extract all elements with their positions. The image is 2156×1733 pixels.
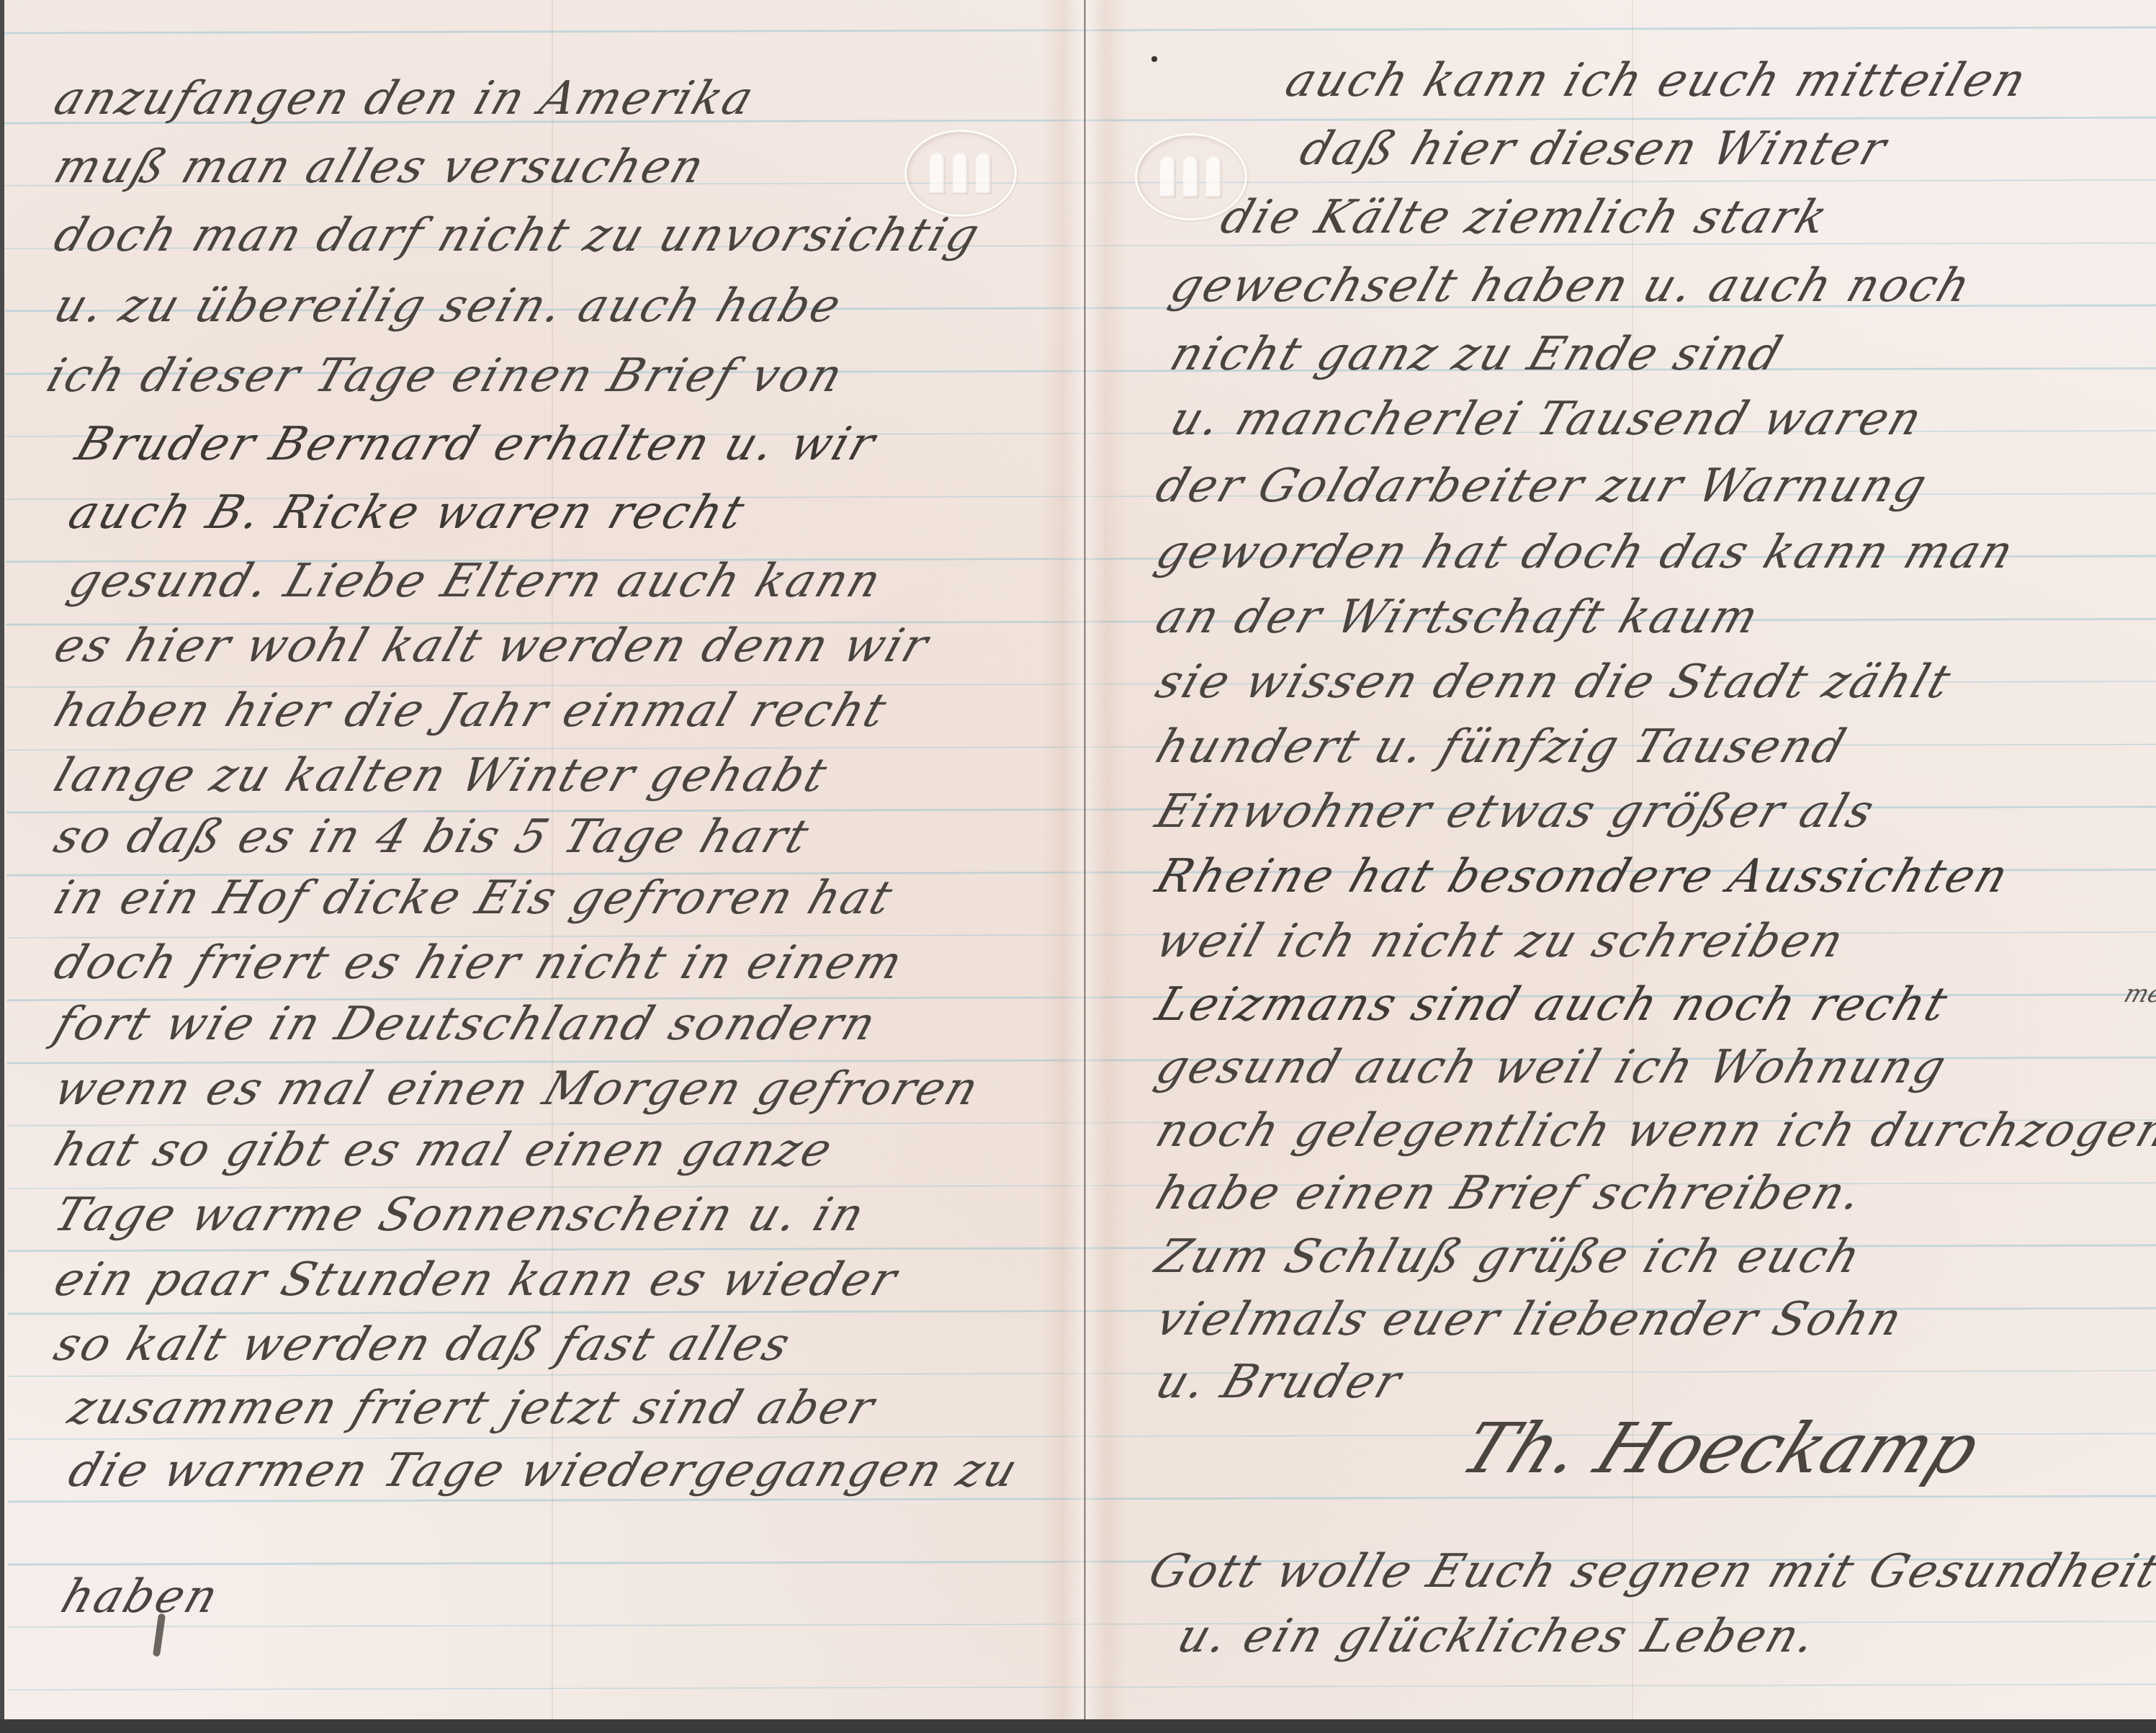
text-line: hundert u. fünfzig Tausend: [1149, 720, 1854, 774]
text-line: hat so gibt es mal einen ganze: [48, 1124, 840, 1177]
text-line: anzufangen den in Amerika: [48, 72, 762, 125]
text-line: vielmals euer liebender Sohn: [1149, 1293, 1910, 1346]
text-line: sie wissen denn die Stadt zählt: [1149, 655, 1959, 709]
text-line: die Kälte ziemlich stark: [1214, 191, 1836, 244]
text-line: gewechselt haben u. auch noch: [1164, 259, 1979, 313]
text-line: Bruder Bernard erhalten u. wir: [69, 418, 884, 471]
text-line: doch friert es hier nicht in einem: [48, 936, 911, 990]
text-line: u. mancherlei Tausend waren: [1164, 393, 1931, 446]
text-line: der Goldarbeiter zur Warnung: [1149, 460, 1935, 513]
text-line: lange zu kalten Winter gehabt: [48, 749, 835, 802]
text-line: haben hier die Jahr einmal recht: [48, 684, 894, 738]
text-line: haben: [55, 1570, 226, 1624]
postscript-line: u. ein glückliches Leben.: [1171, 1610, 1825, 1663]
text-line: u. zu übereilig sein. auch habe: [48, 279, 850, 333]
text-line: muß man alles versuchen: [48, 140, 712, 194]
text-line: fort wie in Deutschland sondern: [48, 998, 884, 1051]
text-line: Rheine hat besondere Aussichten: [1149, 850, 2016, 903]
text-line: auch B. Ricke waren recht: [62, 486, 753, 539]
text-line: Einwohner etwas größer als: [1149, 785, 1882, 838]
text-line: gesund. Liebe Eltern auch kann: [62, 555, 889, 608]
margin-note: me: [2121, 980, 2156, 1008]
right-page: auch kann ich euch mitteilen daß hier di…: [1128, 0, 2156, 1719]
letter-sheet: anzufangen den in Amerika muß man alles …: [4, 0, 2156, 1719]
scan-bottom-bar: [0, 1719, 2156, 1733]
text-line: an der Wirtschaft kaum: [1149, 591, 1767, 644]
text-line: so daß es in 4 bis 5 Tage hart: [48, 810, 817, 864]
text-line: Leizmans sind auch noch recht: [1149, 978, 1956, 1031]
text-line: gesund auch weil ich Wohnung: [1149, 1041, 1954, 1094]
text-line: nicht ganz zu Ende sind: [1164, 328, 1790, 381]
text-line: es hier wohl kalt werden denn wir: [48, 619, 937, 673]
signature: Th. Hoeckamp: [1450, 1408, 1991, 1489]
left-page: anzufangen den in Amerika muß man alles …: [33, 0, 1070, 1719]
text-line: Tage warme Sonnenschein u. in: [48, 1188, 873, 1242]
text-line: zusammen friert jetzt sind aber: [62, 1382, 883, 1435]
text-line: ich dieser Tage einen Brief von: [40, 349, 851, 403]
center-fold: [1084, 0, 1086, 1719]
text-line: ein paar Stunden kann es wieder: [48, 1253, 905, 1307]
text-line: noch gelegentlich wenn ich durchzogen: [1149, 1104, 2156, 1157]
text-line: wenn es mal einen Morgen gefroren: [48, 1062, 987, 1116]
text-line: so kalt werden daß fast alles: [48, 1318, 799, 1371]
text-line: geworden hat doch das kann man: [1149, 526, 2022, 579]
text-line: auch kann ich euch mitteilen: [1279, 54, 2034, 107]
scan-left-edge: [0, 0, 4, 1733]
postscript-line: Gott wolle Euch segnen mit Gesundheit: [1142, 1545, 2156, 1598]
text-line: die warmen Tage wiedergegangen zu: [62, 1444, 1026, 1497]
text-line: weil ich nicht zu schreiben: [1149, 915, 1852, 968]
text-line: habe einen Brief schreiben.: [1149, 1167, 1871, 1220]
text-line: daß hier diesen Winter: [1293, 122, 1895, 176]
text-line: u. Bruder: [1149, 1356, 1409, 1409]
text-line: in ein Hof dicke Eis gefroren hat: [48, 872, 901, 925]
text-line: Zum Schluß grüße ich euch: [1149, 1230, 1869, 1284]
text-line: doch man darf nicht zu unvorsichtig: [48, 209, 987, 262]
